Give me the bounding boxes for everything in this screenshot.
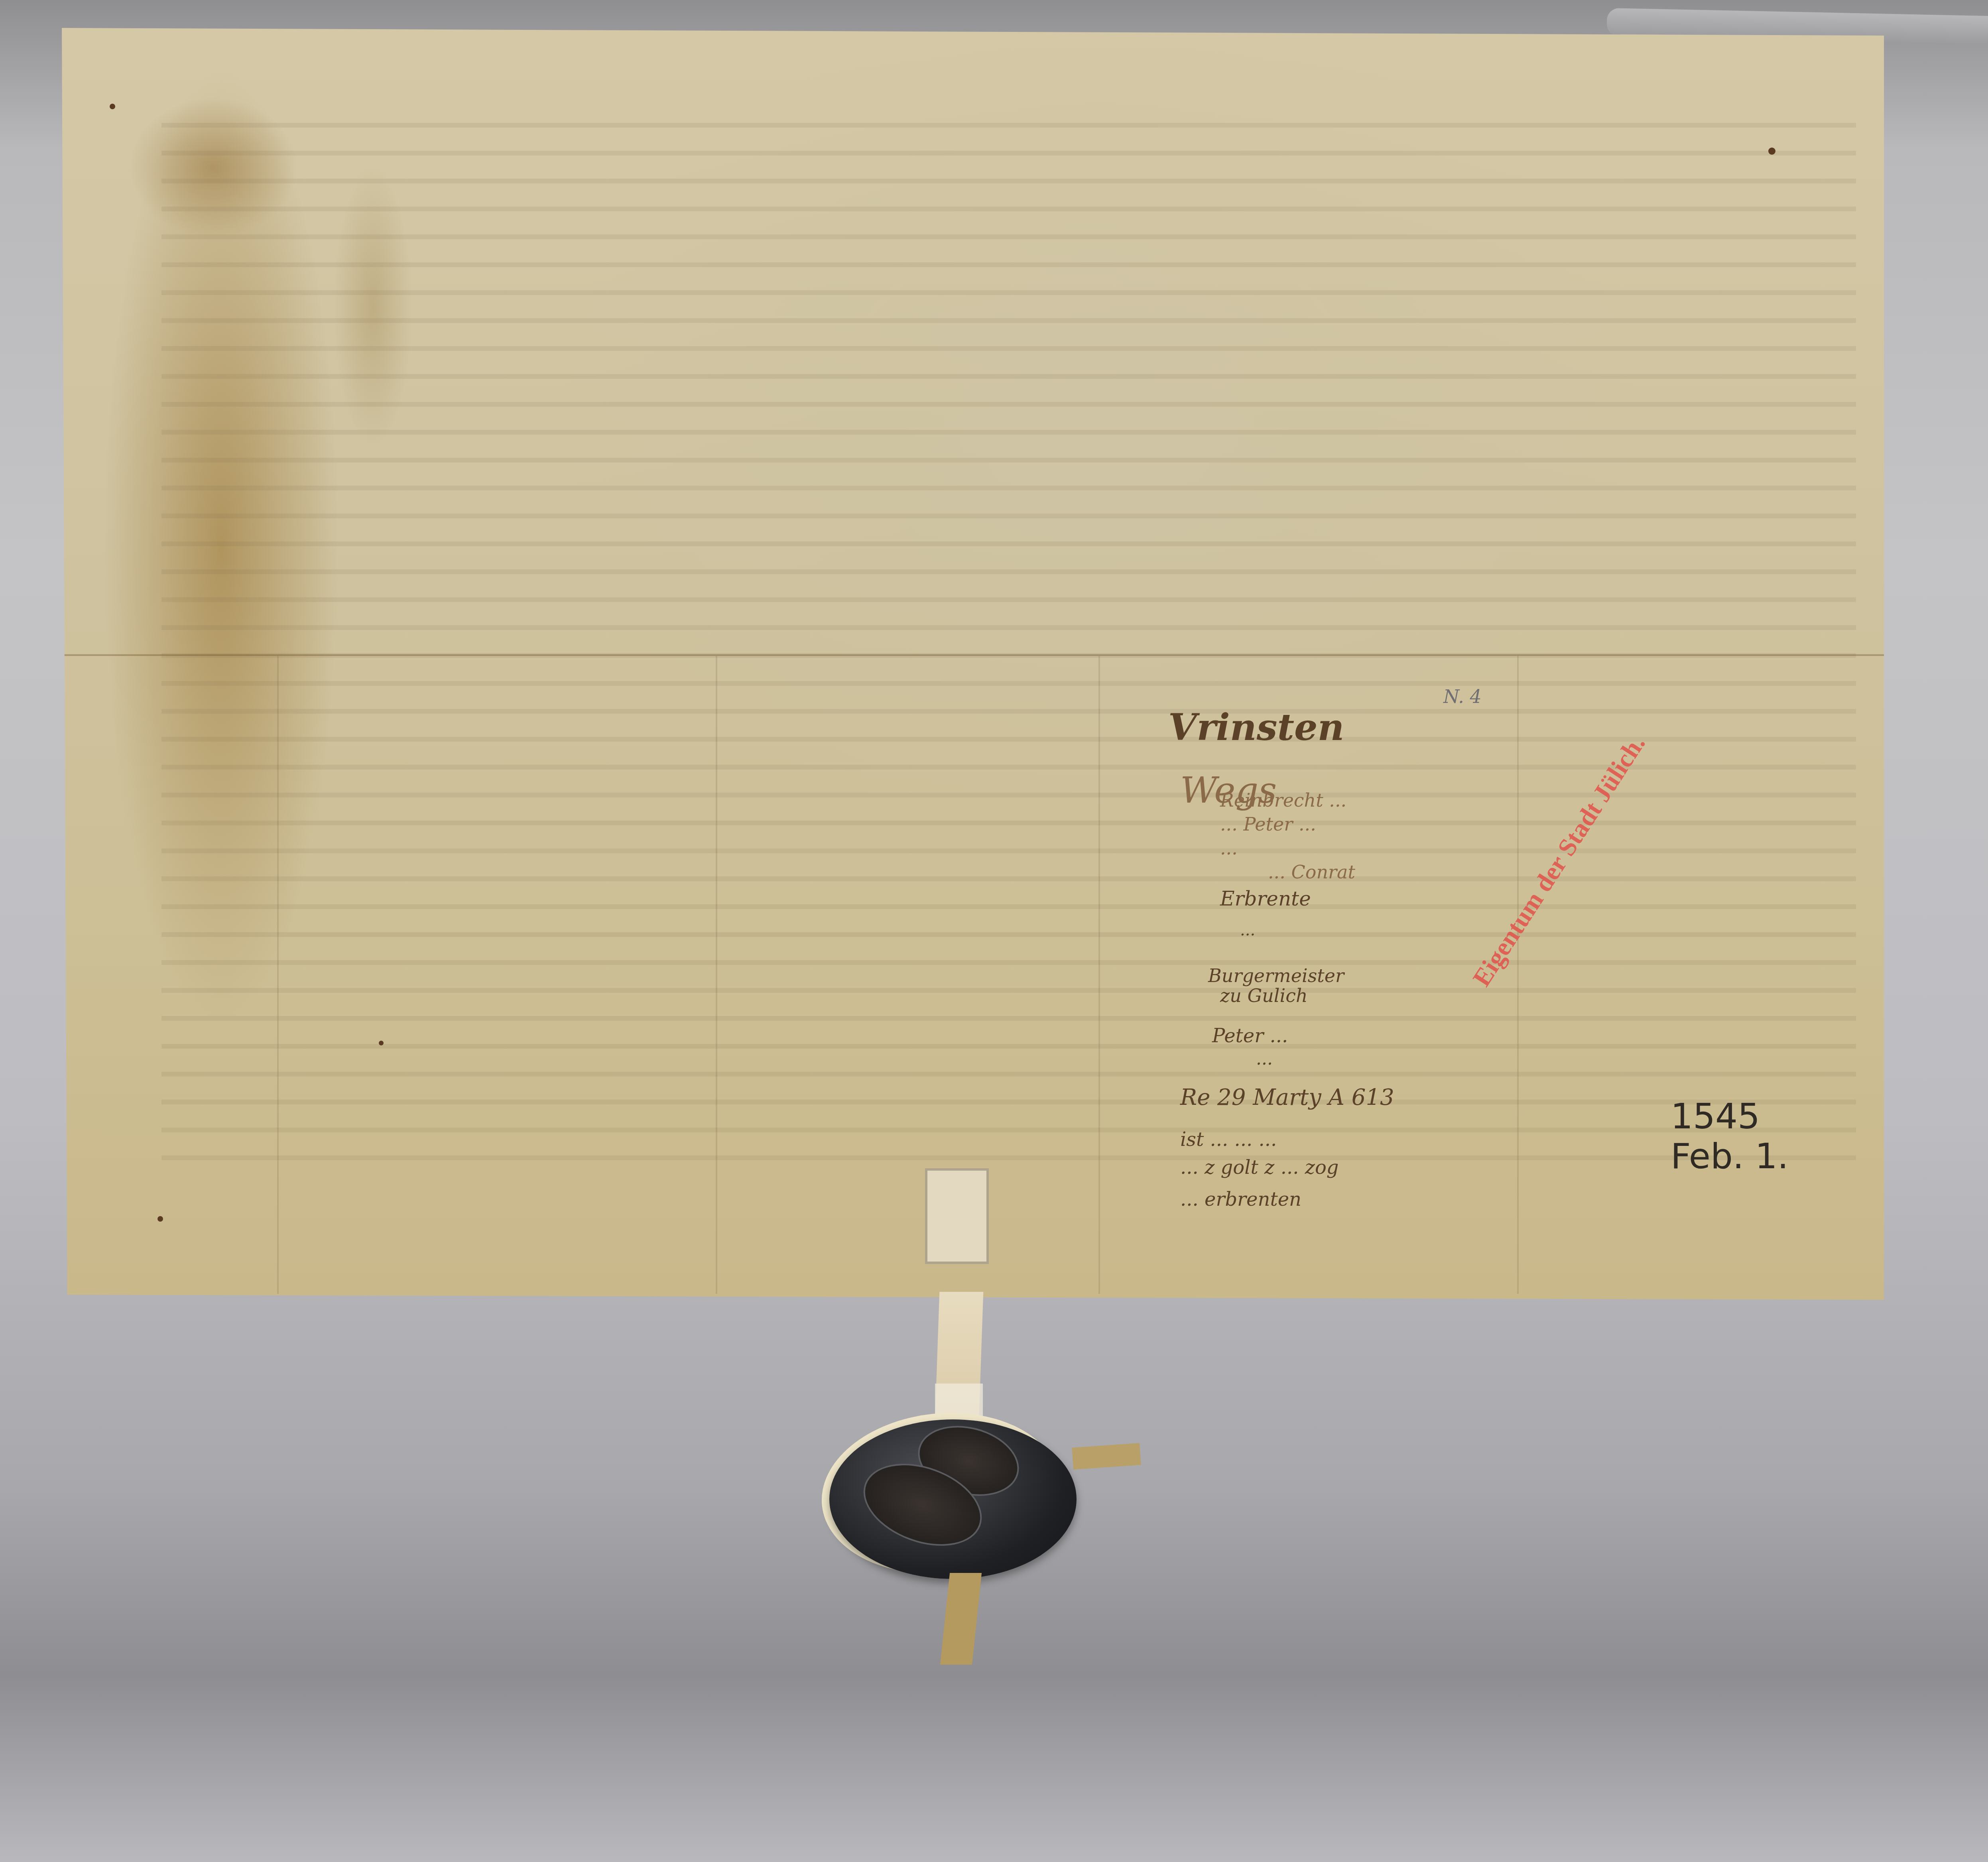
pinhole	[157, 1216, 163, 1222]
dorsal-note-line: ...	[1256, 1049, 1273, 1069]
dorsal-note-line: Burgermeister	[1208, 965, 1344, 986]
dorsal-note-line: ... Peter ...	[1220, 813, 1316, 835]
horizontal-fold	[62, 654, 1884, 656]
dorsal-note-line: ...	[1220, 837, 1238, 859]
pinhole	[379, 1041, 384, 1045]
dorsal-note-title: Vrinsten	[1168, 706, 1344, 749]
vertical-fold	[716, 656, 717, 1294]
parchment-sheet	[62, 28, 1884, 1300]
dorsal-note-line: Reinbrecht ...	[1220, 789, 1346, 811]
dorsal-note-line: zu Gulich	[1220, 985, 1308, 1006]
dorsal-number-mark: N. 4	[1443, 686, 1482, 707]
vertical-fold	[1517, 656, 1519, 1294]
archive-date-day: Feb. 1.	[1671, 1136, 1789, 1176]
dorsal-note-line: Peter ...	[1212, 1025, 1288, 1047]
vertical-fold	[1098, 656, 1100, 1294]
pinhole	[110, 104, 115, 109]
seal-tag-slot	[925, 1168, 989, 1264]
dorsal-note-line: ... erbrenten	[1180, 1188, 1301, 1210]
archive-date: 1545 Feb. 1.	[1671, 1096, 1789, 1176]
seal-tag-end	[940, 1573, 982, 1665]
bleed-through-text	[161, 100, 1856, 1176]
vertical-fold	[277, 656, 279, 1294]
dorsal-note-line: ... Conrat	[1268, 861, 1355, 883]
dorsal-note-line: ist ... ... ...	[1180, 1128, 1277, 1151]
pinhole	[1768, 148, 1775, 155]
dorsal-note-line: ...	[1240, 921, 1255, 939]
archive-date-year: 1545	[1671, 1096, 1789, 1136]
dorsal-note-line: Re 29 Marty A 613	[1180, 1085, 1394, 1110]
dorsal-note-line: ... z golt z ... zog	[1180, 1156, 1339, 1179]
seal-tag-end	[1072, 1443, 1141, 1470]
dorsal-note-line: Erbrente	[1220, 887, 1311, 910]
